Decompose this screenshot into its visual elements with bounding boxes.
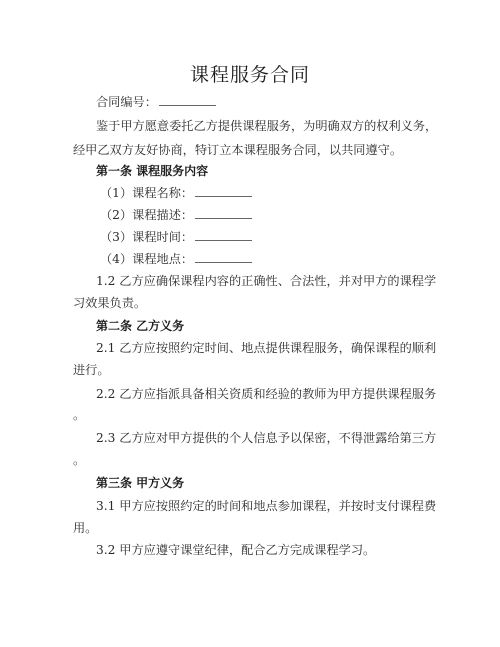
- clause-2-2-line-2: 。: [73, 407, 85, 423]
- contract-number-line: 合同编号：: [96, 94, 216, 110]
- clause-2-2-line-1: 2.2 乙方应指派具备相关资质和经验的教师为甲方提供课程服务: [96, 386, 436, 402]
- course-time-line: （3）课程时间：: [100, 229, 252, 245]
- course-location-label: （4）课程地点：: [100, 252, 193, 266]
- course-time-label: （3）课程时间：: [100, 230, 193, 244]
- clause-2-3-line-2: 。: [73, 452, 85, 468]
- clause-2-1-line-1: 2.1 乙方应按照约定时间、地点提供课程服务，确保课程的顺利: [96, 340, 436, 356]
- clause-3-1-line-1: 3.1 甲方应按照约定的时间和地点参加课程，并按时支付课程费: [96, 498, 436, 514]
- course-name-blank[interactable]: [195, 185, 252, 197]
- clause-3-2-line-1: 3.2 甲方应遵守课堂纪律，配合乙方完成课程学习。: [96, 542, 375, 558]
- preamble-line-1: 鉴于甲方愿意委托乙方提供课程服务，为明确双方的权利义务，: [96, 118, 437, 134]
- course-location-blank[interactable]: [195, 251, 252, 263]
- course-description-label: （2）课程描述：: [100, 208, 193, 222]
- clause-1-2-line-1: 1.2 乙方应确保课程内容的正确性、合法性，并对甲方的课程学: [96, 273, 436, 289]
- preamble-line-2: 经甲乙双方友好协商，特订立本课程服务合同，以共同遵守。: [73, 142, 402, 158]
- document-title: 课程服务合同: [0, 60, 500, 87]
- course-name-label: （1）课程名称：: [100, 186, 193, 200]
- clause-3-1-line-2: 用。: [73, 520, 97, 536]
- clause-2-1-line-2: 进行。: [73, 362, 110, 378]
- section-3-heading: 第三条 甲方义务: [96, 475, 184, 491]
- course-description-blank[interactable]: [195, 207, 252, 219]
- contract-number-label: 合同编号：: [96, 95, 157, 109]
- clause-2-3-line-1: 2.3 乙方应对甲方提供的个人信息予以保密，不得泄露给第三方: [96, 430, 436, 446]
- clause-1-2-line-2: 习效果负责。: [73, 295, 146, 311]
- section-2-heading: 第二条 乙方义务: [96, 318, 184, 334]
- contract-page: 课程服务合同 合同编号： 鉴于甲方愿意委托乙方提供课程服务，为明确双方的权利义务…: [0, 0, 500, 647]
- section-1-heading: 第一条 课程服务内容: [96, 163, 208, 179]
- course-location-line: （4）课程地点：: [100, 251, 252, 267]
- contract-number-blank[interactable]: [159, 94, 216, 106]
- course-name-line: （1）课程名称：: [100, 185, 252, 201]
- course-description-line: （2）课程描述：: [100, 207, 252, 223]
- course-time-blank[interactable]: [195, 229, 252, 241]
